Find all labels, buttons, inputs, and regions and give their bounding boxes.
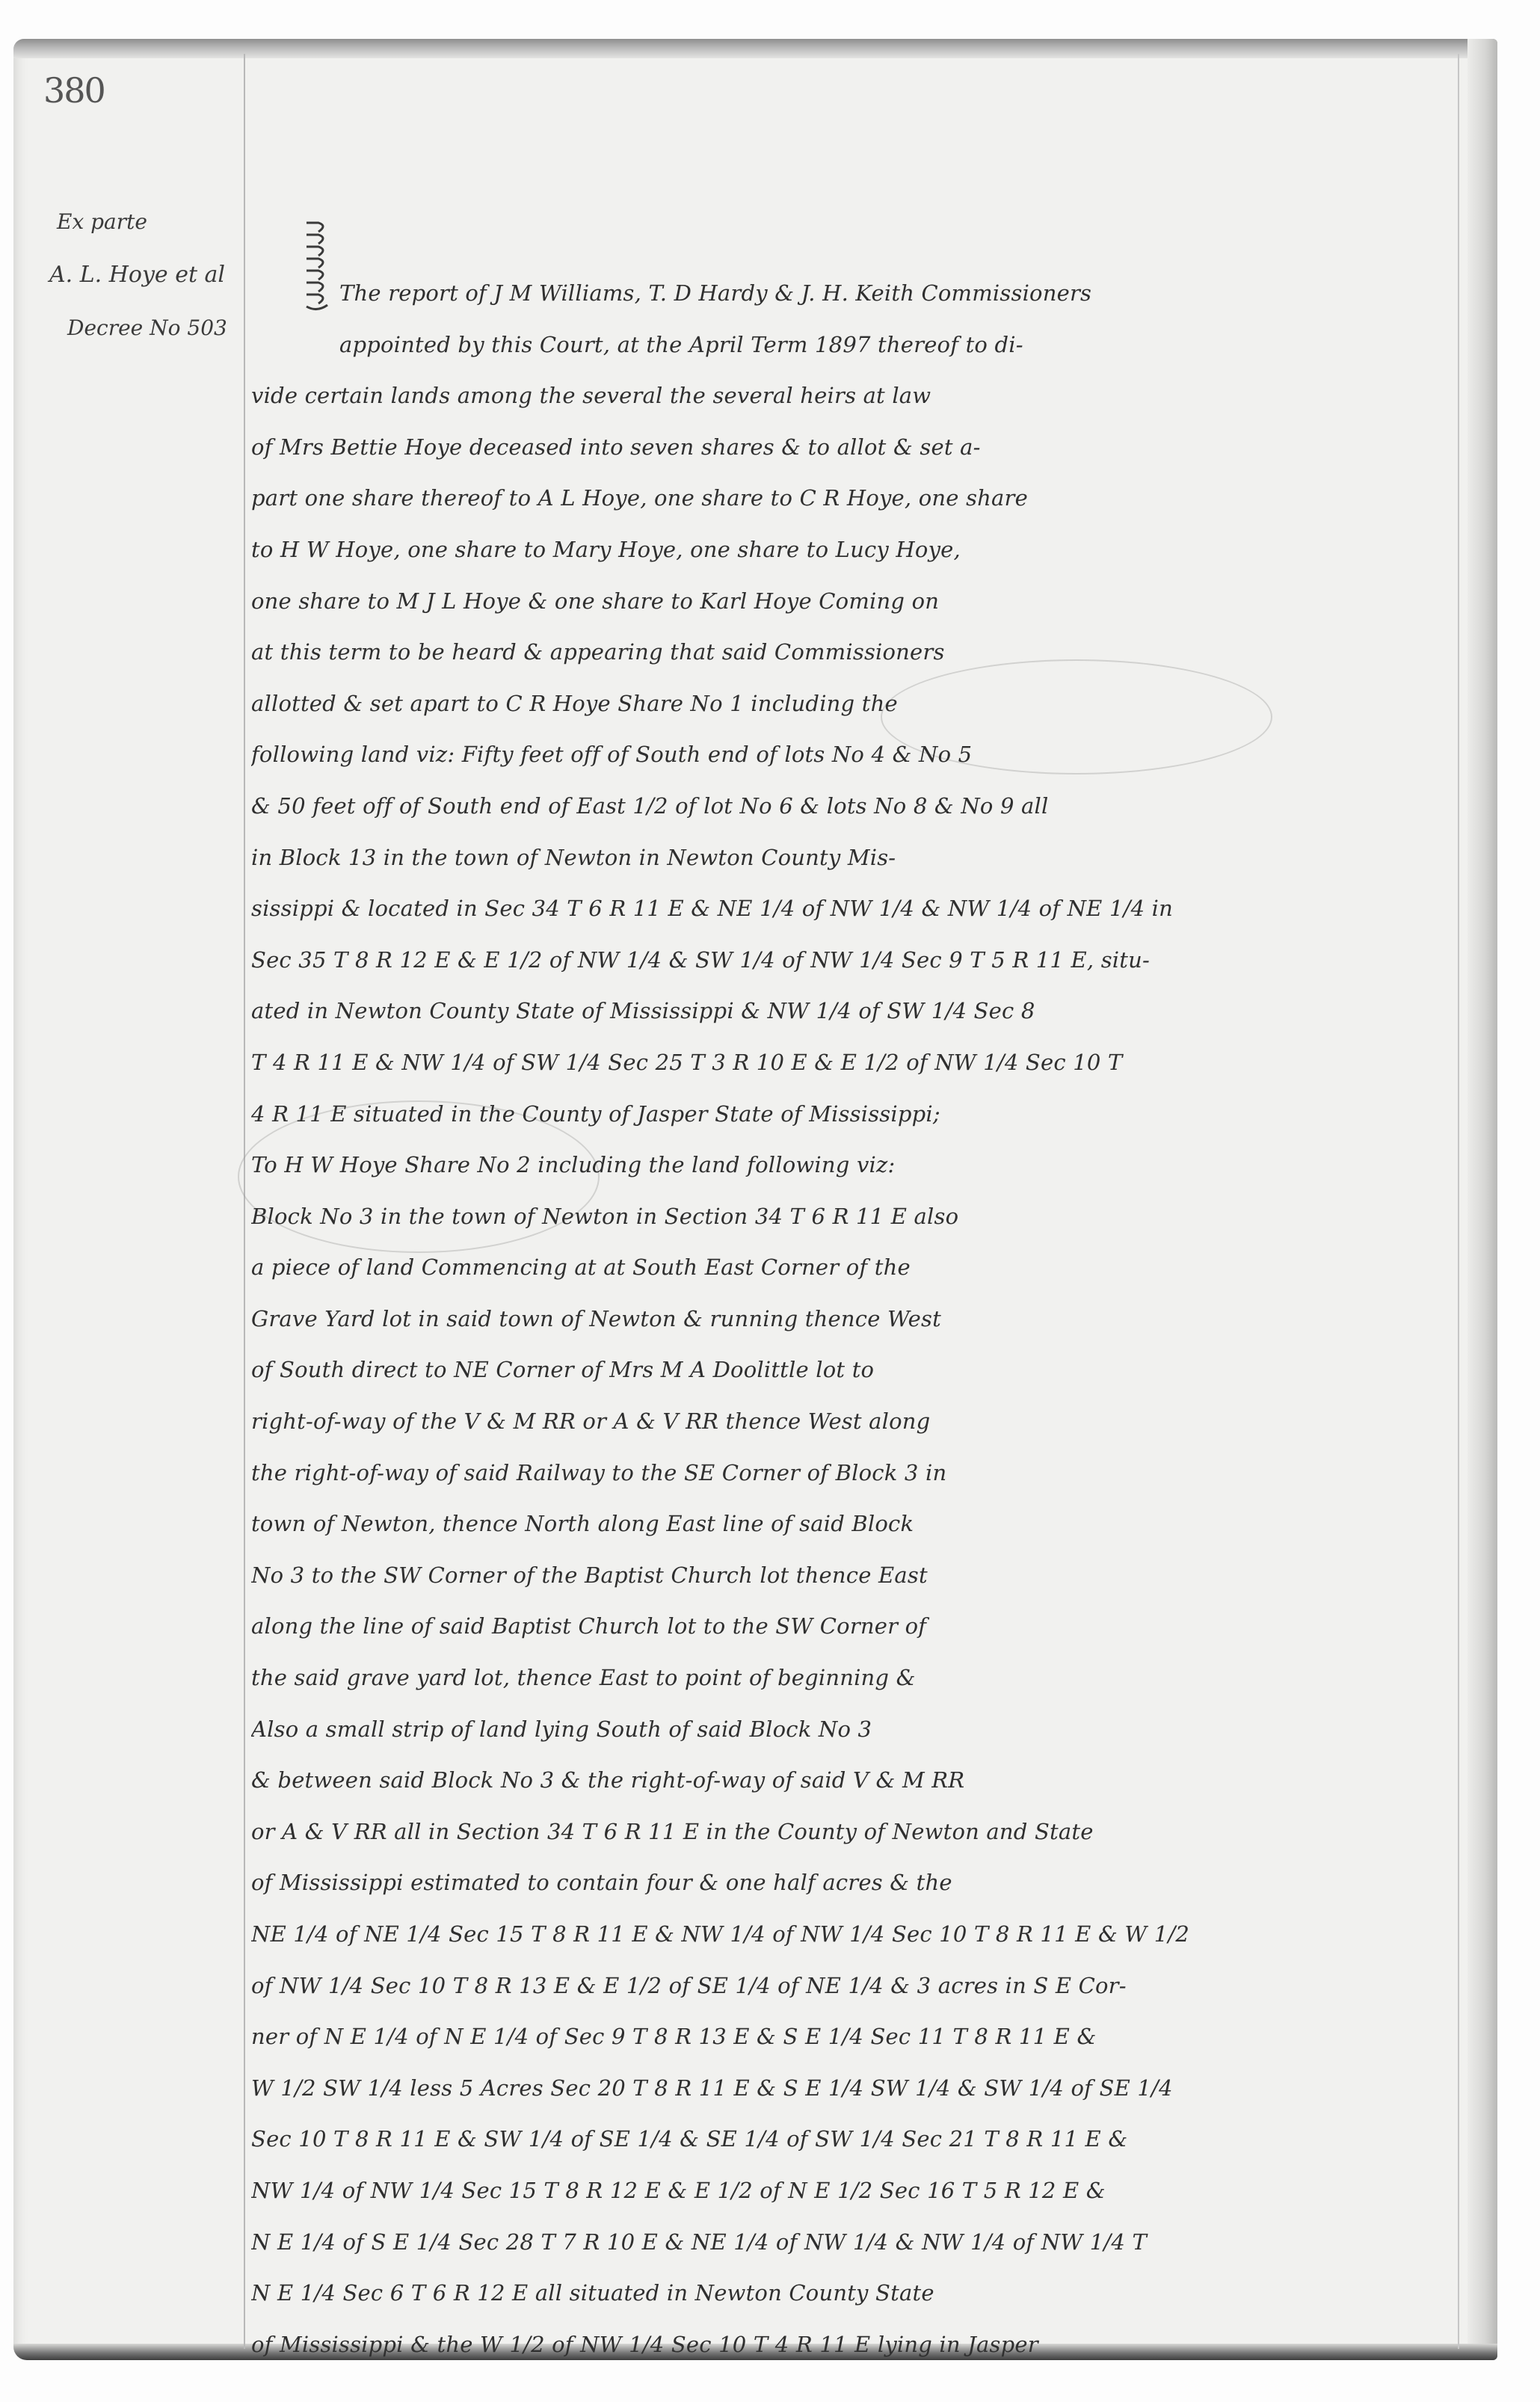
text-line: part one share thereof to A L Hoye, one … (251, 472, 1462, 524)
text-line: ated in Newton County State of Mississip… (251, 985, 1462, 1037)
margin-decree-number: Decree No 503 (67, 315, 227, 340)
text-line: sissippi & located in Sec 34 T 6 R 11 E … (251, 883, 1462, 934)
text-line: T 4 R 11 E & NW 1/4 of SW 1/4 Sec 25 T 3… (251, 1037, 1462, 1088)
text-line: appointed by this Court, at the April Te… (251, 319, 1462, 371)
text-line: Block No 3 in the town of Newton in Sect… (251, 1191, 1462, 1242)
text-line: town of Newton, thence North along East … (251, 1498, 1462, 1550)
decree-body: The report of J M Williams, T. D Hardy &… (251, 268, 1462, 2360)
text-line: NE 1/4 of NE 1/4 Sec 15 T 8 R 11 E & NW … (251, 1909, 1462, 1960)
text-line: the said grave yard lot, thence East to … (251, 1652, 1462, 1704)
text-line: Sec 10 T 8 R 11 E & SW 1/4 of SE 1/4 & S… (251, 2113, 1462, 2165)
text-line: 4 R 11 E situated in the County of Jaspe… (251, 1088, 1462, 1140)
text-line: vide certain lands among the several the… (251, 370, 1462, 422)
text-line: a piece of land Commencing at at South E… (251, 1242, 1462, 1293)
text-line: to H W Hoye, one share to Mary Hoye, one… (251, 524, 1462, 576)
text-line: of Mrs Bettie Hoye deceased into seven s… (251, 422, 1462, 473)
page-top-edge (13, 39, 1497, 58)
page-number: 380 (43, 70, 105, 111)
text-line: The report of J M Williams, T. D Hardy &… (251, 268, 1462, 319)
text-line: of NW 1/4 Sec 10 T 8 R 13 E & E 1/2 of S… (251, 1960, 1462, 2012)
ledger-page: 380 Ex parte A. L. Hoye et al Decree No … (13, 39, 1497, 2360)
text-line: or A & V RR all in Section 34 T 6 R 11 E… (251, 1806, 1462, 1858)
text-line: right-of-way of the V & M RR or A & V RR… (251, 1396, 1462, 1447)
text-line: Sec 35 T 8 R 12 E & E 1/2 of NW 1/4 & SW… (251, 934, 1462, 986)
text-line: W 1/2 SW 1/4 less 5 Acres Sec 20 T 8 R 1… (251, 2063, 1462, 2114)
margin-case-party: A. L. Hoye et al (49, 262, 225, 288)
text-line: & between said Block No 3 & the right-of… (251, 1755, 1462, 1806)
text-line: of Mississippi estimated to contain four… (251, 1857, 1462, 1909)
text-line: Also a small strip of land lying South o… (251, 1704, 1462, 1755)
text-line: following land viz: Fifty feet off of So… (251, 729, 1462, 780)
text-line: one share to M J L Hoye & one share to K… (251, 576, 1462, 627)
text-line: & 50 feet off of South end of East 1/2 o… (251, 780, 1462, 832)
text-line: To H W Hoye Share No 2 including the lan… (251, 1139, 1462, 1191)
text-line: Grave Yard lot in said town of Newton & … (251, 1293, 1462, 1345)
page-right-edge (1467, 39, 1497, 2360)
text-line: of Mississippi & the W 1/2 of NW 1/4 Sec… (251, 2319, 1462, 2360)
margin-case-type: Ex parte (57, 209, 147, 234)
text-line: ner of N E 1/4 of N E 1/4 of Sec 9 T 8 R… (251, 2011, 1462, 2063)
text-line: along the line of said Baptist Church lo… (251, 1601, 1462, 1652)
text-line: N E 1/4 Sec 6 T 6 R 12 E all situated in… (251, 2267, 1462, 2319)
text-line: in Block 13 in the town of Newton in New… (251, 832, 1462, 884)
text-line: the right-of-way of said Railway to the … (251, 1447, 1462, 1499)
text-line: No 3 to the SW Corner of the Baptist Chu… (251, 1550, 1462, 1601)
text-line: N E 1/4 of S E 1/4 Sec 28 T 7 R 10 E & N… (251, 2217, 1462, 2268)
text-line: of South direct to NE Corner of Mrs M A … (251, 1344, 1462, 1396)
margin-rule (244, 54, 245, 2349)
text-line: allotted & set apart to C R Hoye Share N… (251, 678, 1462, 730)
text-line: at this term to be heard & appearing tha… (251, 626, 1462, 678)
text-line: NW 1/4 of NW 1/4 Sec 15 T 8 R 12 E & E 1… (251, 2165, 1462, 2217)
